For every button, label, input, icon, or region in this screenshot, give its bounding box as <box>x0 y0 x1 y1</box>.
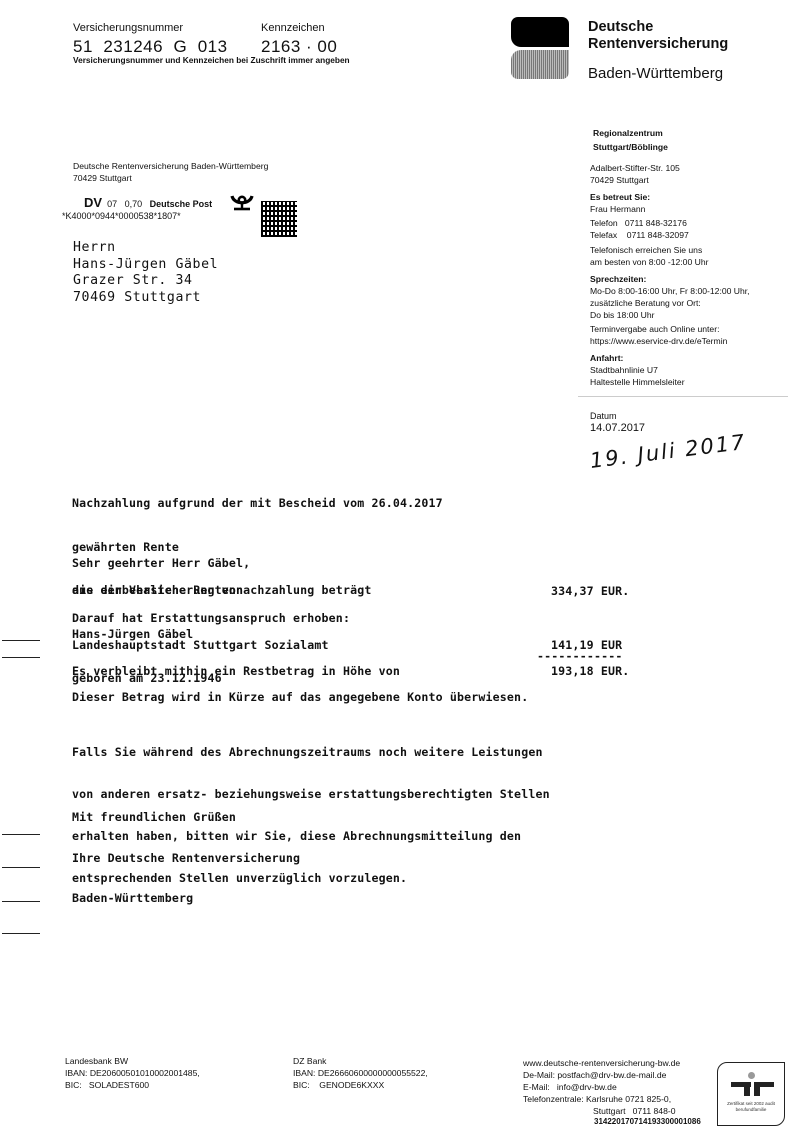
recipient-salutation: Herrn <box>73 240 218 257</box>
directions-heading: Anfahrt: <box>590 352 750 364</box>
bank1-bic: BIC: SOLADEST600 <box>65 1079 200 1091</box>
reference-label: Kennzeichen <box>261 22 325 34</box>
footer-email[interactable]: E-Mail: info@drv-bw.de <box>523 1081 680 1093</box>
bank2-name: DZ Bank <box>293 1055 428 1067</box>
remaining-text: Es verbleibt mithin ein Restbetrag in Hö… <box>72 664 400 679</box>
bank1-name: Landesbank BW <box>65 1055 200 1067</box>
hours-line-1: Mo-Do 8:00-16:00 Uhr, Fr 8:00-12:00 Uhr, <box>590 285 750 297</box>
reference-note: Versicherungsnummer und Kennzeichen bei … <box>73 55 350 65</box>
letter-date: 14.07.2017 <box>590 422 645 434</box>
office-city: 70429 Stuttgart <box>590 174 750 186</box>
reach-line-2: am besten von 8:00 -12:00 Uhr <box>590 256 750 268</box>
subject-line-2: gewährten Rente <box>72 541 443 553</box>
sidebar-info: Regionalzentrum Stuttgart/Böblinge <box>593 127 668 153</box>
footer-demail[interactable]: De-Mail: postfach@drv-bw.de-mail.de <box>523 1069 680 1081</box>
date-label: Datum <box>590 411 617 421</box>
withheld-text: die einbehaltene Rentennachzahlung beträ… <box>72 583 371 598</box>
postage-code: 07 <box>107 199 117 209</box>
logo-line-1: Deutsche <box>588 19 653 36</box>
closing-line-2: Ihre Deutsche Rentenversicherung <box>72 852 300 866</box>
logo-line-3: Baden-Württemberg <box>588 65 723 82</box>
claim-text: Darauf hat Erstattungsanspruch erhoben: <box>72 611 350 626</box>
bank2-iban: IBAN: DE26660600000000055522, <box>293 1067 428 1079</box>
margin-mark <box>2 933 40 934</box>
franking-code: *K4000*0944*0000538*1807* <box>62 211 181 221</box>
footer-website[interactable]: www.deutsche-rentenversicherung-bw.de <box>523 1057 680 1069</box>
certificate-badge: Zertifikat seit 2002 audit berufundfamil… <box>717 1062 785 1126</box>
office-street: Adalbert-Stifter-Str. 105 <box>590 162 750 174</box>
footer-phone-2: Stuttgart 0711 848-0 <box>523 1105 680 1117</box>
contact-person: Frau Hermann <box>590 203 750 215</box>
transfer-text: Dieser Betrag wird in Kürze auf das ange… <box>72 690 528 705</box>
insurance-number-label: Versicherungsnummer <box>73 22 183 34</box>
fax-label: Telefax <box>590 230 617 240</box>
footer-bank-1: Landesbank BW IBAN: DE206005010100020014… <box>65 1055 200 1091</box>
remaining-amount: 193,18 EUR. <box>551 664 629 678</box>
sender-line-2: 70429 Stuttgart <box>73 172 268 184</box>
closing-line-1: Mit freundlichen Grüßen <box>72 811 300 825</box>
closing-line-3: Baden-Württemberg <box>72 892 300 906</box>
logo-line-2: Rentenversicherung <box>588 36 728 53</box>
cert-text: Zertifikat seit 2002 audit berufundfamil… <box>722 1101 780 1113</box>
sidebar-address: Adalbert-Stifter-Str. 105 70429 Stuttgar… <box>590 162 750 388</box>
datamatrix-code-icon <box>261 201 297 237</box>
reach-line-1: Telefonisch erreichen Sie uns <box>590 244 750 256</box>
footer-phone-1: Telefonzentrale: Karlsruhe 0721 825-0, <box>523 1093 680 1105</box>
recipient-city: 70469 Stuttgart <box>73 290 218 307</box>
postage-price: 0,70 <box>125 199 143 209</box>
fax-number: 0711 848-32097 <box>627 230 689 240</box>
hours-line-3: Do bis 18:00 Uhr <box>590 309 750 321</box>
hours-heading: Sprechzeiten: <box>590 273 750 285</box>
footer-doc-code: 3142201707141933000010​86 <box>594 1117 701 1126</box>
closing-block: Mit freundlichen Grüßen Ihre Deutsche Re… <box>72 784 300 919</box>
phone-label: Telefon <box>590 218 618 228</box>
recipient-street: Grazer Str. 34 <box>73 273 218 290</box>
recipient-address: Herrn Hans-Jürgen Gäbel Grazer Str. 34 7… <box>73 240 218 306</box>
postage-mark: DV 07 0,70 Deutsche Post <box>84 195 212 210</box>
bank1-iban: IBAN: DE20600501010002001485, <box>65 1067 200 1079</box>
office-name-1: Regionalzentrum <box>593 127 668 139</box>
post-horn-icon <box>230 193 254 211</box>
withheld-amount: 334,37 EUR. <box>551 584 629 598</box>
sum-separator: ------------ <box>537 649 623 663</box>
reference-number: 2163 · 00 <box>261 37 337 57</box>
drv-logo-icon <box>511 17 569 79</box>
margin-mark <box>2 640 40 641</box>
claimant-text: Landeshauptstadt Stuttgart Sozialamt <box>72 638 329 653</box>
office-name-2: Stuttgart/Böblinge <box>593 141 668 153</box>
subject-line-1: Nachzahlung aufgrund der mit Bescheid vo… <box>72 496 443 511</box>
online-link[interactable]: https://www.eservice-drv.de/eTermin <box>590 335 750 347</box>
fold-mark <box>578 396 788 397</box>
postage-carrier: Deutsche Post <box>150 199 213 209</box>
info-line-1: Falls Sie während des Abrechnungszeitrau… <box>72 745 550 759</box>
hours-line-2: zusätzliche Beratung vor Ort: <box>590 297 750 309</box>
contact-heading: Es betreut Sie: <box>590 191 750 203</box>
margin-mark <box>2 834 40 835</box>
bank2-bic: BIC: GENODE6KXXX <box>293 1079 428 1091</box>
directions-line-2: Haltestelle Himmelsleiter <box>590 376 750 388</box>
handwritten-date: 19. Juli 2017 <box>589 430 748 473</box>
phone-number[interactable]: 0711 848-32176 <box>625 218 687 228</box>
margin-mark <box>2 901 40 902</box>
margin-mark <box>2 657 40 658</box>
footer-bank-2: DZ Bank IBAN: DE26660600000000055522, BI… <box>293 1055 428 1091</box>
online-line-1: Terminvergabe auch Online unter: <box>590 323 750 335</box>
recipient-name: Hans-Jürgen Gäbel <box>73 257 218 274</box>
directions-line-1: Stadtbahnlinie U7 <box>590 364 750 376</box>
sender-line-1: Deutsche Rentenversicherung Baden-Württe… <box>73 160 268 172</box>
greeting: Sehr geehrter Herr Gäbel, <box>72 556 250 571</box>
cert-dot-icon <box>748 1072 755 1079</box>
margin-mark <box>2 867 40 868</box>
postage-dv: DV <box>84 195 102 210</box>
sender-address: Deutsche Rentenversicherung Baden-Württe… <box>73 160 268 184</box>
insurance-number: 51 231246 G 013 <box>73 37 228 57</box>
footer-contact: www.deutsche-rentenversicherung-bw.de De… <box>523 1057 680 1117</box>
